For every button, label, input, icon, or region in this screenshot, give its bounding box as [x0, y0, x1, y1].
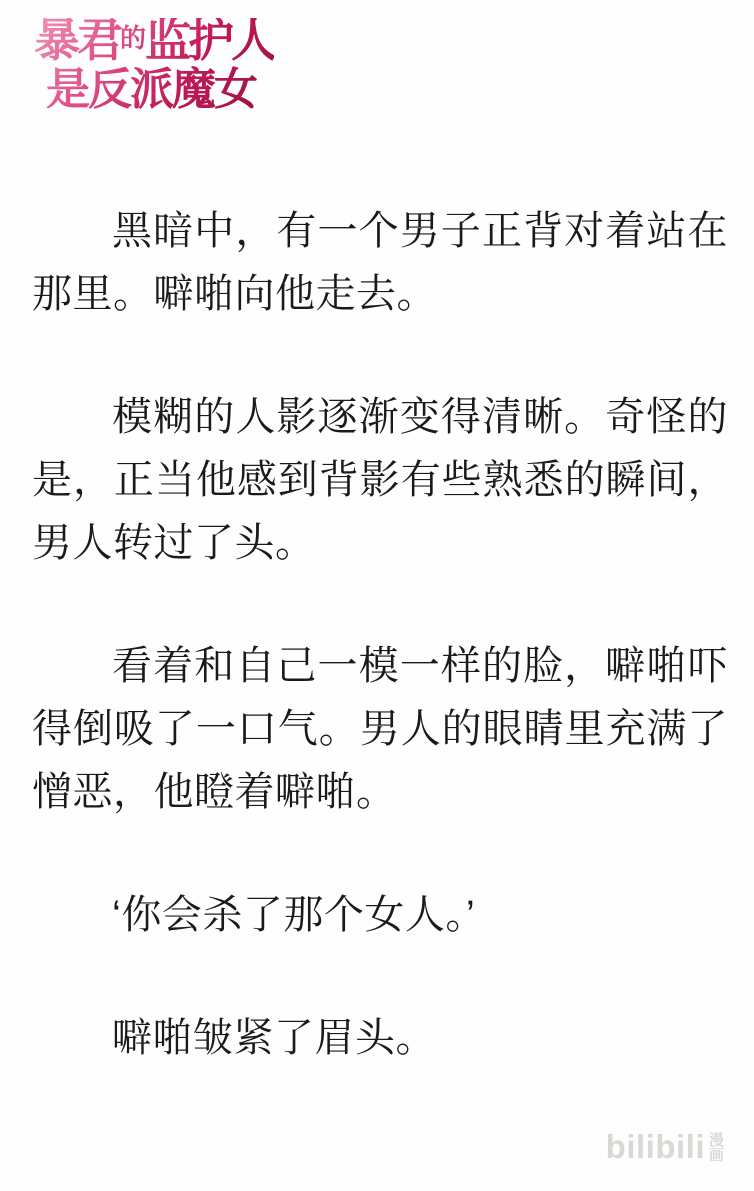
bilibili-watermark: bilibili 漫 画 [606, 1130, 724, 1163]
series-title-logo: 暴君的监护人 是反派魔女 [34, 18, 274, 112]
story-paragraph-1: 黑暗中，有一个男子正背对着站在那里。噼啪向他走去。 [32, 200, 728, 326]
series-title-line2: 是反派魔女 [46, 68, 274, 112]
story-paragraph-3: 看着和自己一模一样的脸，噼啪吓得倒吸了一口气。男人的眼睛里充满了憎恶，他瞪着噼啪… [32, 635, 728, 824]
story-paragraph-5: 噼啪皱紧了眉头。 [32, 1007, 728, 1070]
manhua-label-bottom: 画 [709, 1148, 724, 1163]
manhua-label: 漫 画 [709, 1133, 724, 1163]
bilibili-logo: bilibili [606, 1130, 705, 1163]
series-title-line1-part2: 的 [120, 24, 145, 53]
story-text-block: 黑暗中，有一个男子正背对着站在那里。噼啪向他走去。 模糊的人影逐渐变得清晰。奇怪… [32, 200, 728, 1130]
series-title-line1: 暴君的监护人 [34, 18, 274, 64]
manhua-label-top: 漫 [709, 1133, 724, 1148]
story-paragraph-quote: ‘你会杀了那个女人。’ [32, 884, 728, 947]
story-paragraph-2: 模糊的人影逐渐变得清晰。奇怪的是，正当他感到背影有些熟悉的瞬间，男人转过了头。 [32, 386, 728, 575]
series-title-line1-part1: 暴君 [34, 15, 120, 66]
comic-text-page: 暴君的监护人 是反派魔女 黑暗中，有一个男子正背对着站在那里。噼啪向他走去。 模… [0, 0, 754, 1191]
series-title-line1-part3: 监护人 [145, 15, 274, 66]
